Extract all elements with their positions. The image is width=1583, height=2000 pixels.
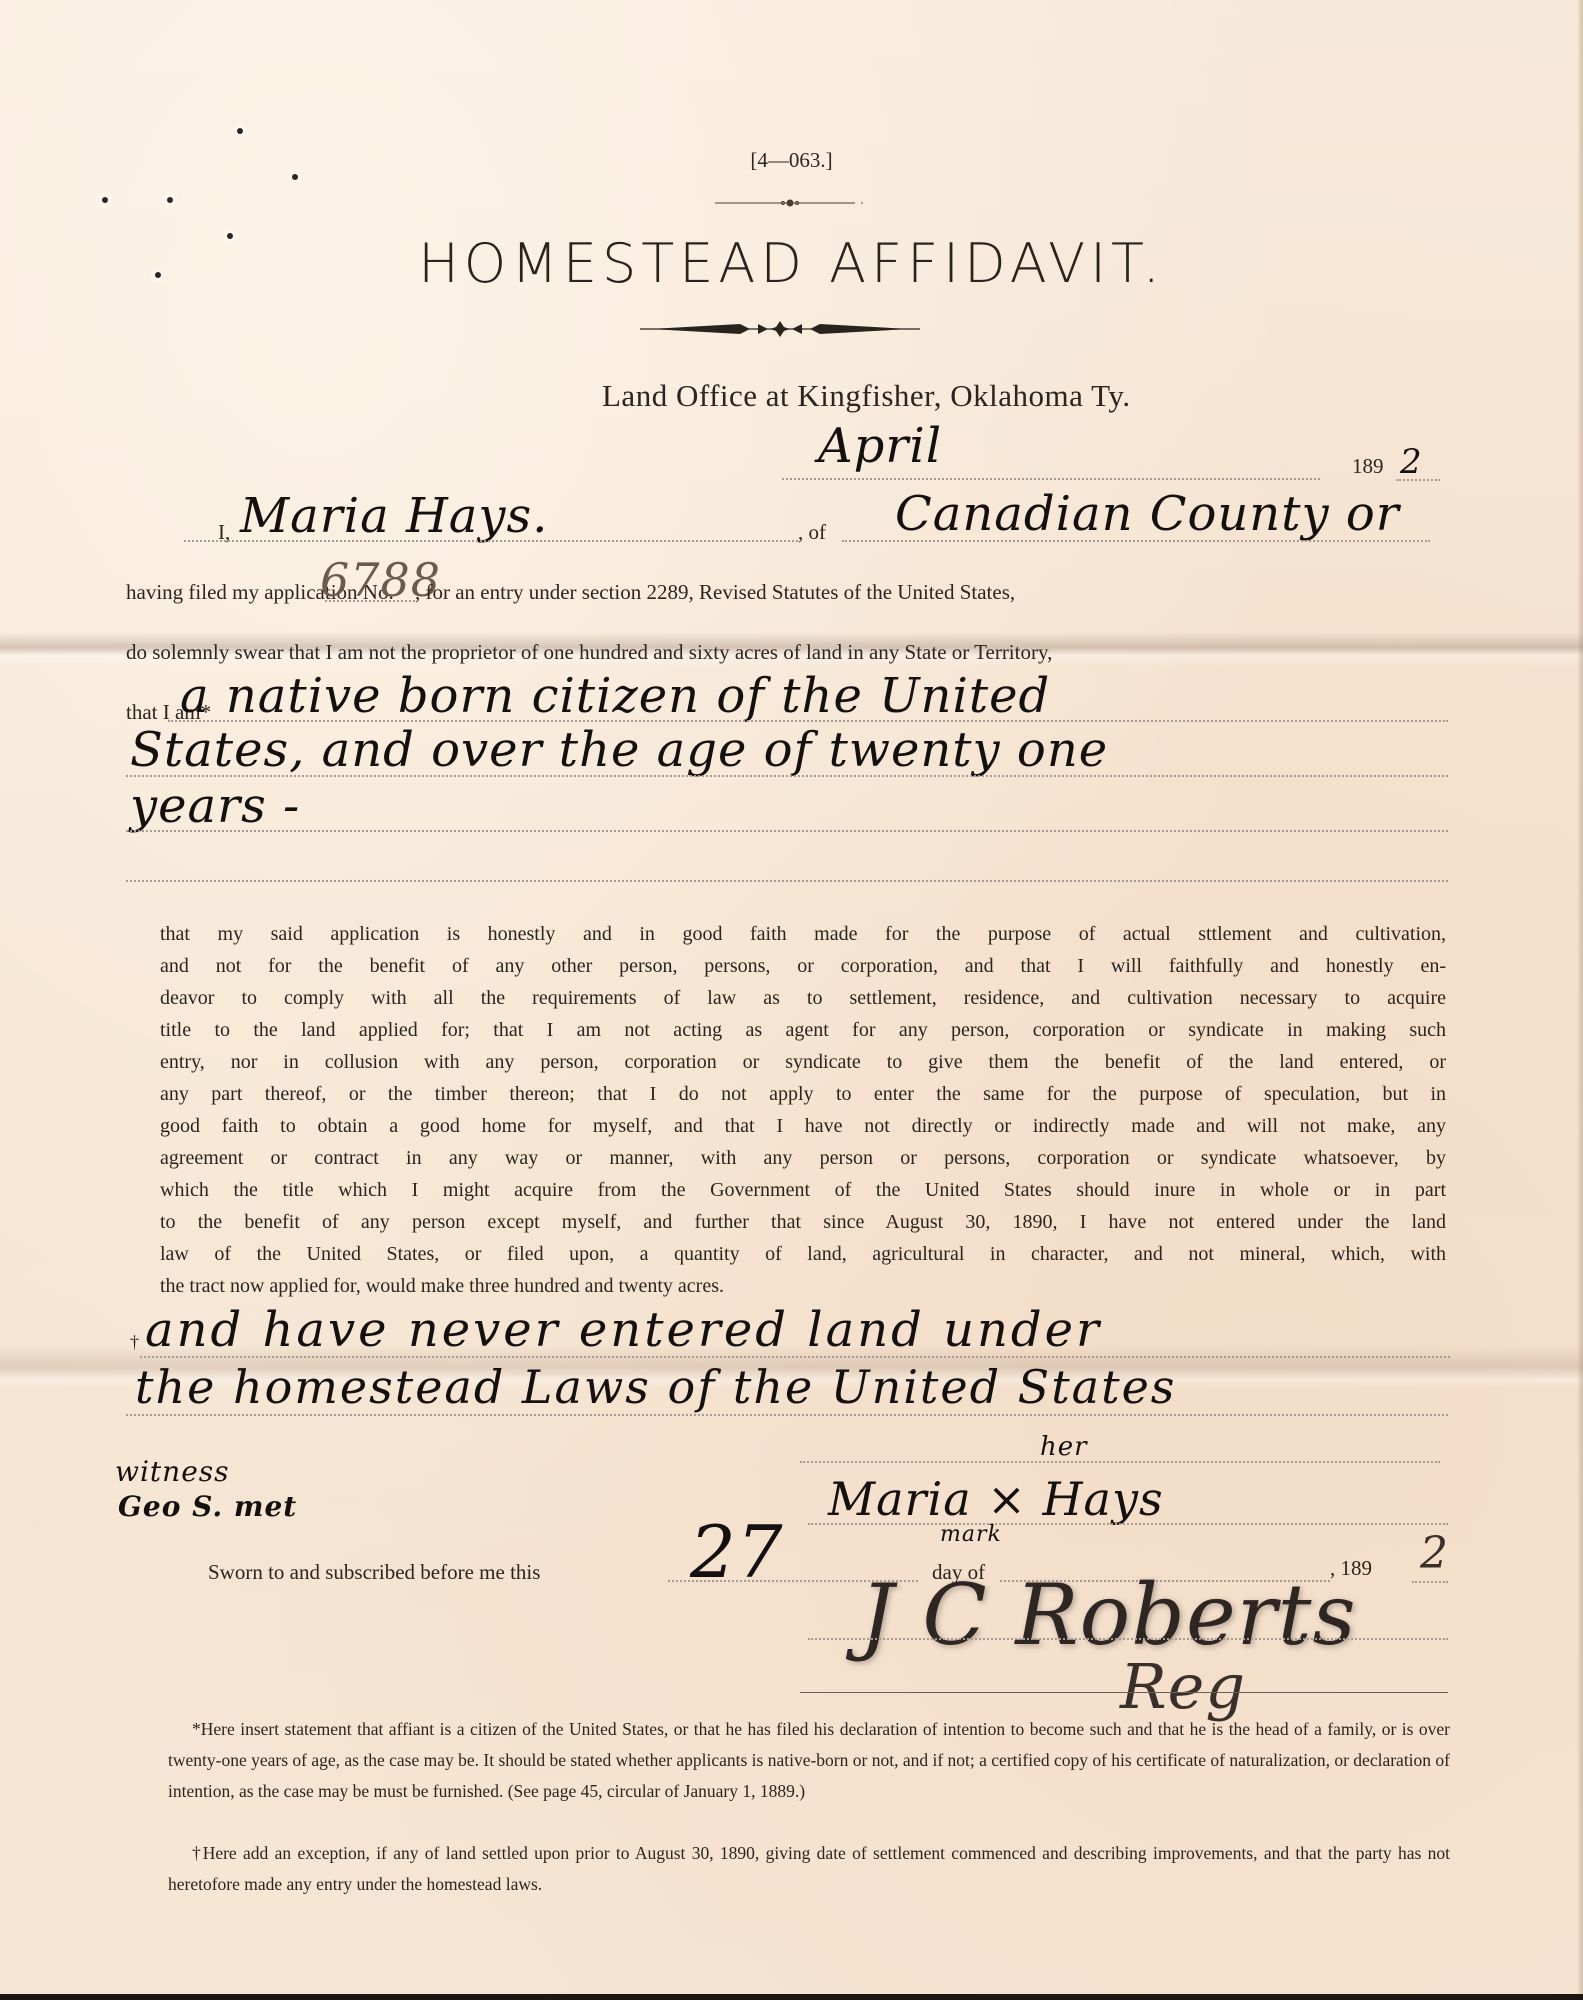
status-handwritten-line-1: a native born citizen of the United: [180, 668, 1050, 724]
signature-mark-label: mark: [940, 1522, 1002, 1547]
of-label: , of: [798, 520, 826, 545]
body-line: the tract now applied for, would make th…: [160, 1270, 1446, 1302]
affidavit-body: that my said application is honestly and…: [160, 918, 1446, 1302]
oath-line: do solemnly swear that I am not the prop…: [126, 640, 1052, 665]
signature-separator-rule: [800, 1692, 1448, 1693]
pin-hole: [237, 128, 243, 134]
signature-fill-line-top: [800, 1461, 1440, 1463]
official-signature-fill-line: [808, 1638, 1448, 1640]
date-month-handwritten: April: [818, 418, 942, 474]
form-number: [4—063.]: [0, 148, 1583, 173]
exception-handwritten-line-1: and have never entered land under: [145, 1302, 1102, 1358]
body-line: law of the United States, or filed upon,…: [160, 1238, 1446, 1270]
signature-fill-line: [808, 1523, 1448, 1525]
status-handwritten-line-3: years -: [130, 778, 300, 834]
margin-note-name: Geo S. met: [118, 1490, 297, 1523]
footnote-dagger: †Here add an exception, if any of land s…: [168, 1838, 1450, 1900]
date-fill-line: [782, 478, 1320, 480]
land-office-heading: Land Office at Kingfisher, Oklahoma Ty.: [602, 378, 1131, 414]
status-fill-line-2: [126, 775, 1448, 777]
year-fill-line: [1396, 479, 1440, 481]
sworn-year-digit-handwritten: 2: [1420, 1528, 1449, 1579]
status-fill-line-4: [126, 880, 1448, 882]
exception-handwritten-line-2: the homestead Laws of the United States: [135, 1360, 1176, 1414]
date-year-digit-handwritten: 2: [1400, 442, 1423, 482]
margin-note-witness: witness: [115, 1455, 230, 1488]
body-line: title to the land applied for; that I am…: [160, 1014, 1446, 1046]
body-line: entry, nor in collusion with any person,…: [160, 1046, 1446, 1078]
affiant-name-fill-line: [184, 540, 798, 542]
footnote-star: *Here insert statement that affiant is a…: [168, 1714, 1450, 1807]
status-fill-line-3: [126, 830, 1448, 832]
official-title: Reg: [1120, 1650, 1246, 1723]
pin-hole: [167, 197, 173, 203]
exception-fill-line-1: [140, 1356, 1450, 1358]
application-number-fill-line: [325, 600, 415, 602]
body-line: good faith to obtain a good home for mys…: [160, 1110, 1446, 1142]
exception-marker: †: [130, 1332, 139, 1353]
application-suffix: , for an entry under section 2289, Revis…: [415, 580, 1015, 605]
body-line: agreement or contract in any way or mann…: [160, 1142, 1446, 1174]
pin-hole: [102, 197, 108, 203]
body-line: that my said application is honestly and…: [160, 918, 1446, 950]
pin-hole: [292, 174, 298, 180]
residence-handwritten: Canadian County or: [895, 486, 1400, 542]
affiant-signature: Maria × Hays: [828, 1472, 1164, 1526]
body-line: any part thereof, or the timber thereon;…: [160, 1078, 1446, 1110]
sworn-prefix: Sworn to and subscribed before me this: [208, 1560, 540, 1585]
date-year-prefix: 189: [1352, 454, 1384, 479]
residence-fill-line: [842, 540, 1430, 542]
official-signature: J C Roberts: [860, 1566, 1357, 1664]
paper-right-edge: [1577, 0, 1583, 2000]
affiant-name-handwritten: Maria Hays.: [240, 488, 548, 544]
body-line: deavor to comply with all the requiremen…: [160, 982, 1446, 1014]
document-title: HOMESTEAD AFFIDAVIT.: [0, 232, 1583, 295]
exception-fill-line-2: [126, 1414, 1448, 1416]
status-handwritten-line-2: States, and over the age of twenty one: [130, 722, 1108, 778]
sworn-year-fill-line: [1412, 1581, 1448, 1583]
body-line: to the benefit of any person except myse…: [160, 1206, 1446, 1238]
body-line: which the title which I might acquire fr…: [160, 1174, 1446, 1206]
signature-her-label: her: [1040, 1432, 1088, 1462]
scan-bottom-edge: [0, 1994, 1583, 2000]
body-line: and not for the benefit of any other per…: [160, 950, 1446, 982]
small-ornament-divider: [715, 198, 865, 208]
large-ornament-divider: [640, 318, 920, 340]
